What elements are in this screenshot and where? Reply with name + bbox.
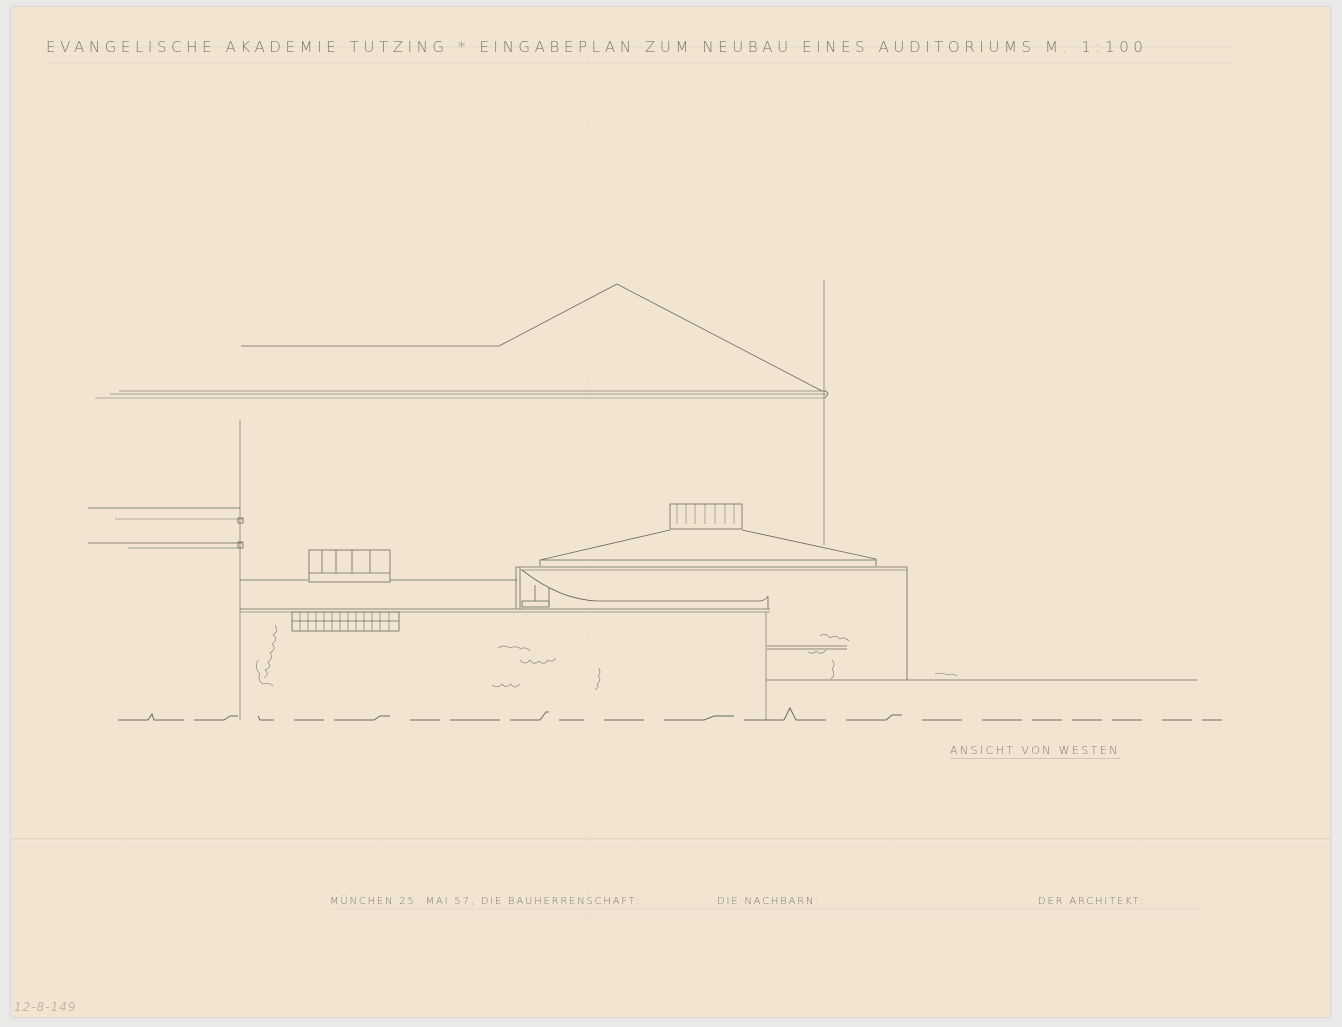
view-label: ANSICHT VON WESTEN bbox=[950, 744, 1120, 759]
architect-label: DER ARCHITEKT: bbox=[1038, 896, 1145, 907]
existing-building-roof bbox=[95, 284, 828, 398]
place-date: MÜNCHEN 25. MAI 57, bbox=[330, 896, 476, 907]
elevation-drawing bbox=[0, 0, 1342, 1027]
connecting-wing bbox=[240, 550, 770, 631]
client-label: DIE BAUHERRENSCHAFT: bbox=[481, 896, 641, 907]
left-wing-cornice bbox=[88, 508, 243, 548]
neighbors-label: DIE NACHBARN: bbox=[717, 896, 820, 907]
ground-line bbox=[118, 708, 1222, 720]
archive-number: 12-8-149 bbox=[14, 1000, 76, 1014]
place-date-and-client: MÜNCHEN 25. MAI 57, DIE BAUHERRENSCHAFT: bbox=[330, 896, 641, 907]
drawing-title: EVANGELISCHE AKADEMIE TUTZING * EINGABEP… bbox=[46, 38, 1148, 56]
